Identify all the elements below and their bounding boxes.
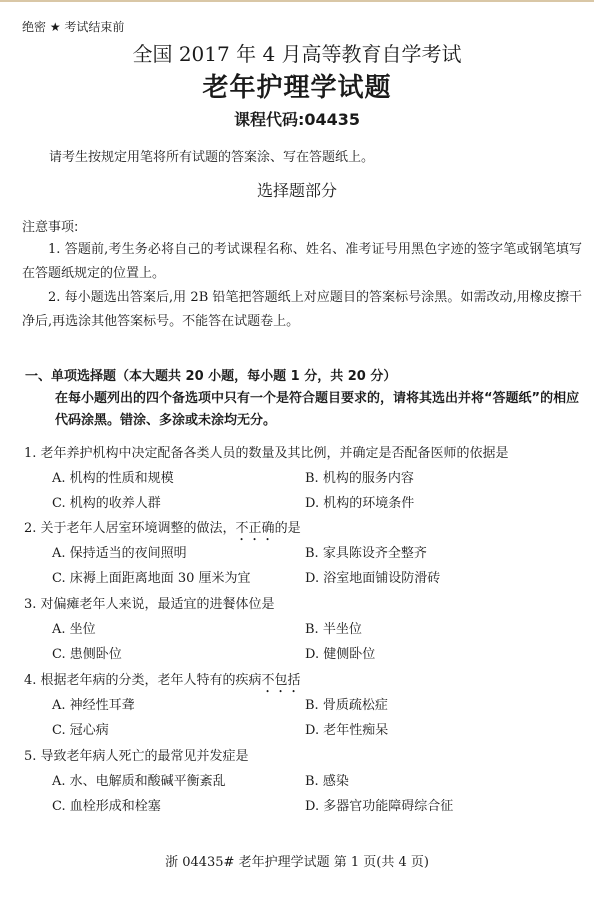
part-title: 选择题部分: [0, 180, 594, 202]
confidential-label: 绝密 ★ 考试结束前: [22, 20, 124, 35]
question-stem: 3. 对偏瘫老年人来说，最适宜的进餐体位是: [24, 592, 584, 617]
option-d: D. 浴室地面铺设防滑砖: [305, 566, 565, 591]
option-d: D. 健侧卧位: [305, 642, 565, 667]
stem-emphasis: 不正确: [236, 521, 275, 536]
stem-emphasis: 不包括: [262, 673, 301, 688]
question-1: 1. 老年养护机构中决定配备各类人员的数量及其比例，并确定是否配备医师的依据是 …: [24, 441, 584, 516]
answer-notice: 请考生按规定用笔将所有试题的答案涂、写在答题纸上。: [49, 149, 374, 166]
option-d: D. 机构的环境条件: [305, 491, 565, 516]
options-grid: A. 神经性耳聋 B. 骨质疏松症 C. 冠心病 D. 老年性痴呆: [24, 693, 584, 743]
option-d: D. 老年性痴呆: [305, 718, 565, 743]
option-c: C. 机构的收养人群: [52, 491, 305, 516]
question-stem: 4. 根据老年病的分类，老年人特有的疾病不包括: [24, 668, 584, 693]
page-footer: 浙 04435# 老年护理学试题 第 1 页(共 4 页): [0, 854, 594, 872]
option-c: C. 冠心病: [52, 718, 305, 743]
option-c: C. 患侧卧位: [52, 642, 305, 667]
option-b: B. 骨质疏松症: [305, 693, 565, 718]
option-b: B. 半坐位: [305, 617, 565, 642]
stem-text: 5. 导致老年病人死亡的最常见并发症是: [24, 749, 249, 764]
option-a: A. 水、电解质和酸碱平衡紊乱: [52, 769, 305, 794]
stem-text-after: 的是: [275, 521, 301, 536]
page-top-edge: [0, 0, 594, 2]
question-5: 5. 导致老年病人死亡的最常见并发症是 A. 水、电解质和酸碱平衡紊乱 B. 感…: [24, 744, 584, 819]
option-a: A. 坐位: [52, 617, 305, 642]
question-stem: 2. 关于老年人居室环境调整的做法，不正确的是: [24, 516, 584, 541]
option-a: A. 保持适当的夜间照明: [52, 541, 305, 566]
stem-text: 2. 关于老年人居室环境调整的做法，: [24, 521, 236, 536]
option-b: B. 感染: [305, 769, 565, 794]
course-code: 课程代码:04435: [0, 109, 594, 131]
section-heading: 一、单项选择题（本大题共 20 小题，每小题 1 分，共 20 分）: [25, 368, 396, 386]
question-4: 4. 根据老年病的分类，老年人特有的疾病不包括 A. 神经性耳聋 B. 骨质疏松…: [24, 668, 584, 743]
stem-text: 4. 根据老年病的分类，老年人特有的疾病: [24, 673, 262, 688]
notes-heading: 注意事项:: [22, 219, 78, 236]
options-grid: A. 水、电解质和酸碱平衡紊乱 B. 感染 C. 血栓形成和栓塞 D. 多器官功…: [24, 769, 584, 819]
options-grid: A. 保持适当的夜间照明 B. 家具陈设齐全整齐 C. 床褥上面距离地面 30 …: [24, 541, 584, 591]
subject-title: 老年护理学试题: [0, 72, 594, 104]
option-c: C. 床褥上面距离地面 30 厘米为宜: [52, 566, 305, 591]
option-b: B. 机构的服务内容: [305, 466, 565, 491]
stem-text: 1. 老年养护机构中决定配备各类人员的数量及其比例，并确定是否配备医师的依据是: [24, 446, 509, 461]
option-b: B. 家具陈设齐全整齐: [305, 541, 565, 566]
question-stem: 5. 导致老年病人死亡的最常见并发症是: [24, 744, 584, 769]
exam-title: 全国 2017 年 4 月高等教育自学考试: [0, 42, 594, 66]
option-a: A. 神经性耳聋: [52, 693, 305, 718]
question-2: 2. 关于老年人居室环境调整的做法，不正确的是 A. 保持适当的夜间照明 B. …: [24, 516, 584, 591]
section-description: 在每小题列出的四个备选项中只有一个是符合题目要求的，请将其选出并将“答题纸”的相…: [55, 388, 585, 432]
option-c: C. 血栓形成和栓塞: [52, 794, 305, 819]
options-grid: A. 坐位 B. 半坐位 C. 患侧卧位 D. 健侧卧位: [24, 617, 584, 667]
question-3: 3. 对偏瘫老年人来说，最适宜的进餐体位是 A. 坐位 B. 半坐位 C. 患侧…: [24, 592, 584, 667]
options-grid: A. 机构的性质和规模 B. 机构的服务内容 C. 机构的收养人群 D. 机构的…: [24, 466, 584, 516]
note-item-2: 2. 每小题选出答案后,用 2B 铅笔把答题纸上对应题目的答案标号涂黑。如需改动…: [22, 286, 582, 334]
stem-text: 3. 对偏瘫老年人来说，最适宜的进餐体位是: [24, 597, 275, 612]
question-stem: 1. 老年养护机构中决定配备各类人员的数量及其比例，并确定是否配备医师的依据是: [24, 441, 584, 466]
note-item-1: 1. 答题前,考生务必将自己的考试课程名称、姓名、准考证号用黑色字迹的签字笔或钢…: [22, 238, 582, 286]
option-a: A. 机构的性质和规模: [52, 466, 305, 491]
option-d: D. 多器官功能障碍综合征: [305, 794, 565, 819]
